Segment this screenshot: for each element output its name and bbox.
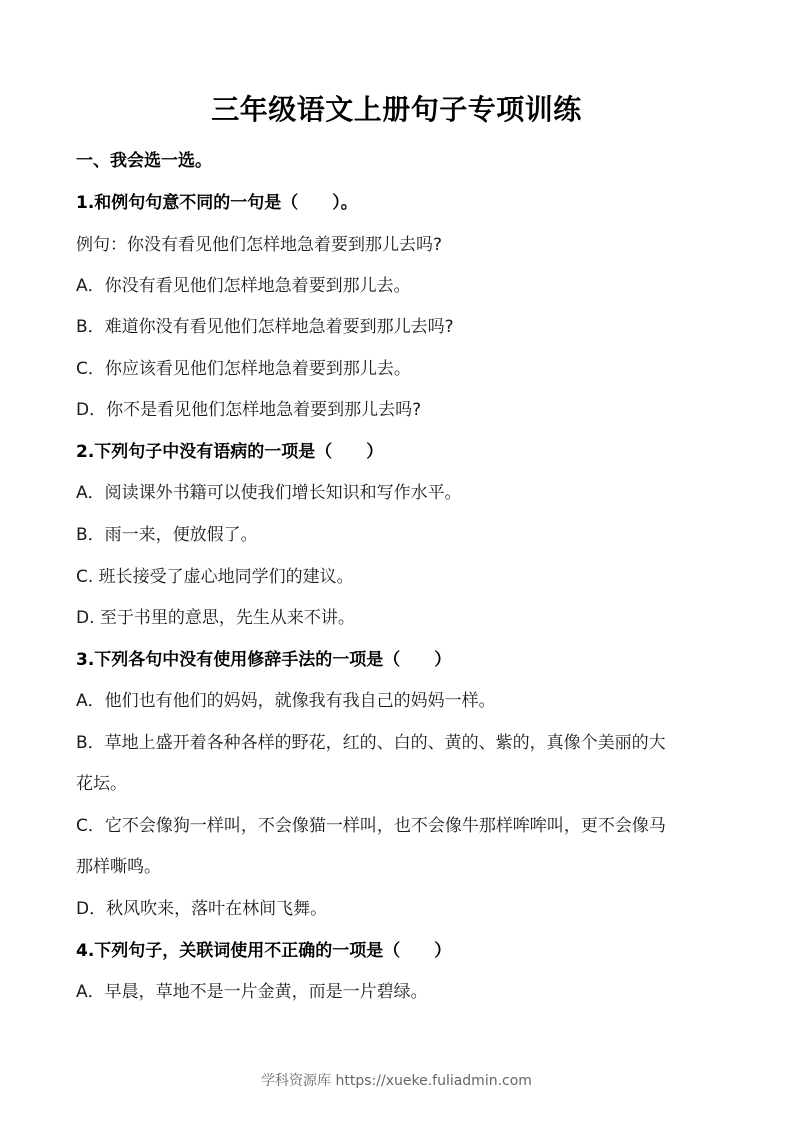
question-3-option-b: B．草地上盛开着各种各样的野花，红的、白的、黄的、紫的，真像个美丽的大 bbox=[76, 732, 666, 754]
question-4-stem: 4.下列句子，关联词使用不正确的一项是（ ） bbox=[76, 940, 451, 962]
question-1-option-d: D．你不是看见他们怎样地急着要到那儿去吗? bbox=[76, 399, 421, 421]
question-1-stem: 1.和例句句意不同的一句是（ ）。 bbox=[76, 192, 358, 214]
footer-watermark: 学科资源库 https://xueke.fuliadmin.com bbox=[0, 1070, 793, 1090]
question-3-option-a: A．他们也有他们的妈妈，就像我有我自己的妈妈一样。 bbox=[76, 690, 496, 712]
question-1-option-a: A．你没有看见他们怎样地急着要到那儿去。 bbox=[76, 275, 411, 297]
question-1-option-c: C．你应该看见他们怎样地急着要到那儿去。 bbox=[76, 358, 411, 380]
question-2-option-c: C. 班长接受了虚心地同学们的建议。 bbox=[76, 566, 354, 588]
question-4-option-a: A．早晨，草地不是一片金黄，而是一片碧绿。 bbox=[76, 981, 428, 1003]
question-3-option-c: C．它不会像狗一样叫，不会像猫一样叫，也不会像牛那样哞哞叫，更不会像马 bbox=[76, 815, 666, 837]
question-2-stem: 2.下列句子中没有语病的一项是（ ） bbox=[76, 441, 383, 463]
section-heading: 一、我会选一选。 bbox=[76, 150, 212, 172]
question-3-option-c-cont: 那样嘶鸣。 bbox=[76, 856, 161, 878]
question-3-stem: 3.下列各句中没有使用修辞手法的一项是（ ） bbox=[76, 649, 451, 671]
question-1-example: 例句：你没有看见他们怎样地急着要到那儿去吗? bbox=[76, 234, 442, 256]
question-1-option-b: B．难道你没有看见他们怎样地急着要到那儿去吗? bbox=[76, 316, 454, 338]
question-2-option-b: B．雨一来，便放假了。 bbox=[76, 524, 258, 546]
question-2-option-a: A．阅读课外书籍可以使我们增长知识和写作水平。 bbox=[76, 482, 462, 504]
question-2-option-d: D. 至于书里的意思，先生从来不讲。 bbox=[76, 607, 355, 629]
question-3-option-b-cont: 花坛。 bbox=[76, 773, 127, 795]
page-title: 三年级语文上册句子专项训练 bbox=[0, 88, 793, 128]
question-3-option-d: D．秋风吹来，落叶在林间飞舞。 bbox=[76, 898, 327, 920]
